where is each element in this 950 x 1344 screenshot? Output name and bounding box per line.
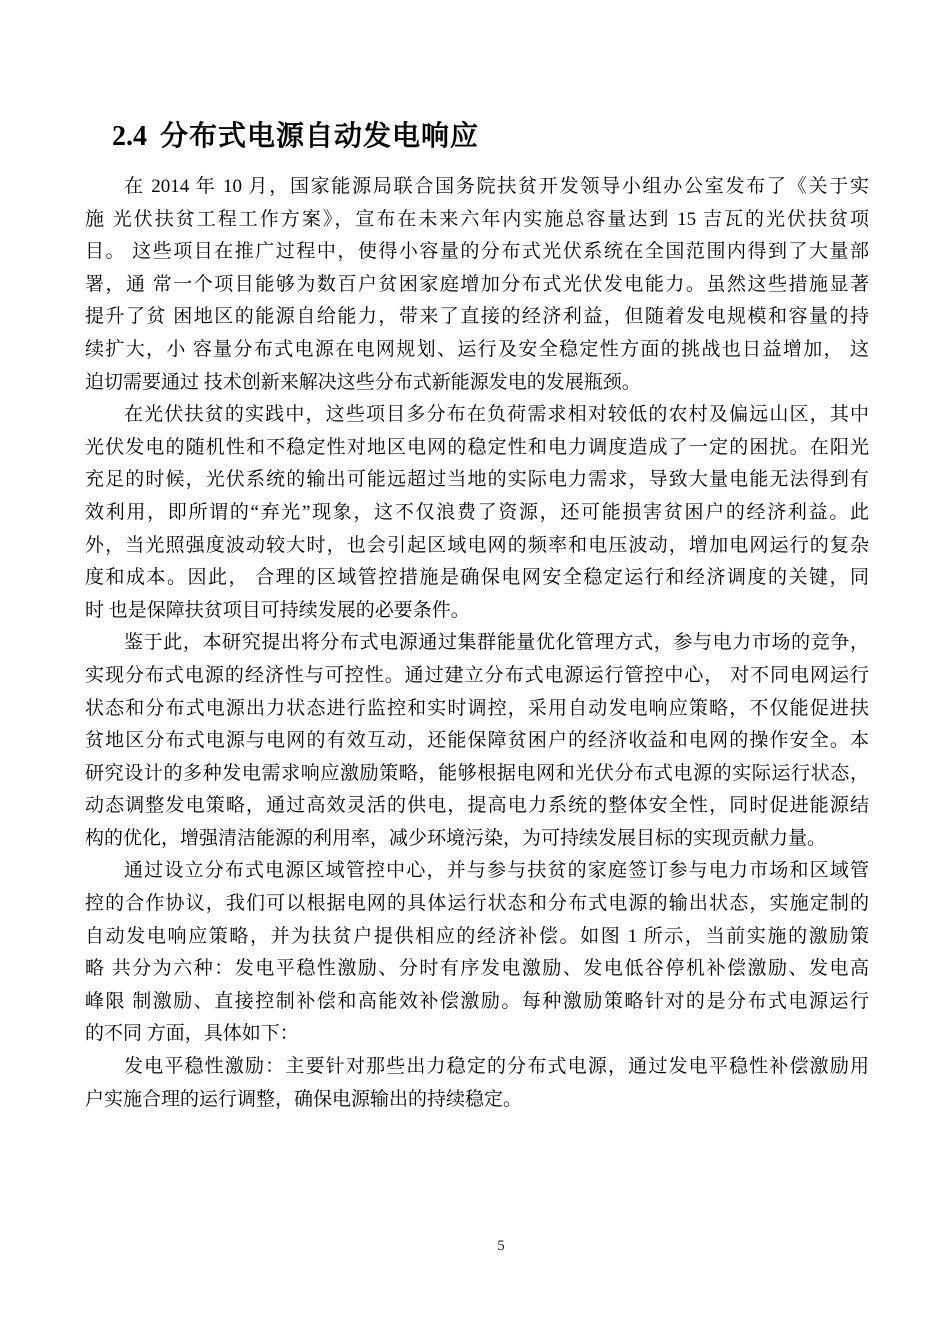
paragraph-line: 通过设立分布式电源区域管控中心，并与参与扶贫的家庭签订参与电力市场和区域管 (85, 855, 869, 888)
paragraph-line: 峰限 制激励、直接控制补偿和高能效补偿激励。每种激励策略针对的是分布式电源运行 (85, 986, 869, 1019)
paragraph-line: 时 也是保障扶贫项目可持续发展的必要条件。 (85, 595, 869, 628)
paragraph-line: 动态调整发电策略，通过高效灵活的供电，提高电力系统的整体安全性，同时促进能源结 (85, 790, 869, 823)
paragraph-line: 的不同 方面，具体如下： (85, 1018, 869, 1051)
paragraph-line: 续扩大，小 容量分布式电源在电网规划、运行及安全稳定性方面的挑战也日益增加， 这 (85, 334, 869, 367)
paragraph-line: 贫地区分布式电源与电网的有效互动，还能保障贫困户的经济收益和电网的操作安全。本 (85, 725, 869, 758)
paragraph-line: 效利用，即所谓的“弃光”现象，这不仅浪费了资源，还可能损害贫困户的经济利益。此 (85, 497, 869, 530)
paragraph-line: 度和成本。因此， 合理的区域管控措施是确保电网安全稳定运行和经济调度的关键，同 (85, 562, 869, 595)
paragraph-line: 构的优化，增强清洁能源的利用率，减少环境污染，为可持续发展目标的实现贡献力量。 (85, 823, 869, 856)
paragraph-line: 充足的时候，光伏系统的输出可能远超过当地的实际电力需求，导致大量电能无法得到有 (85, 464, 869, 497)
paragraph-line: 施 光伏扶贫工程工作方案》，宣布在未来六年内实施总容量达到 15 吉瓦的光伏扶贫… (85, 204, 869, 237)
paragraphs-container: 在 2014 年 10 月，国家能源局联合国务院扶贫开发领导小组办公室发布了《关… (85, 171, 869, 1116)
page-footer: 5 (0, 1236, 950, 1256)
paragraph-line: 状态和分布式电源出力状态进行监控和实时调控，采用自动发电响应策略，不仅能促进扶 (85, 693, 869, 726)
paragraph: 发电平稳性激励：主要针对那些出力稳定的分布式电源，通过发电平稳性补偿激励用户实施… (85, 1051, 869, 1116)
paragraph: 鉴于此，本研究提出将分布式电源通过集群能量优化管理方式，参与电力市场的竞争，实现… (85, 627, 869, 855)
paragraph-line: 在 2014 年 10 月，国家能源局联合国务院扶贫开发领导小组办公室发布了《关… (85, 171, 869, 204)
paragraph-line: 在光伏扶贫的实践中，这些项目多分布在负荷需求相对较低的农村及偏远山区，其中 (85, 399, 869, 432)
paragraph-line: 户实施合理的运行调整，确保电源输出的持续稳定。 (85, 1084, 869, 1117)
paragraph: 在光伏扶贫的实践中，这些项目多分布在负荷需求相对较低的农村及偏远山区，其中光伏发… (85, 399, 869, 627)
paragraph-line: 研究设计的多种发电需求响应激励策略，能够根据电网和光伏分布式电源的实际运行状态， (85, 758, 869, 791)
paragraph-line: 鉴于此，本研究提出将分布式电源通过集群能量优化管理方式，参与电力市场的竞争， (85, 627, 869, 660)
paragraph-line: 略 共分为六种：发电平稳性激励、分时有序发电激励、发电低谷停机补偿激励、发电高 (85, 953, 869, 986)
paragraph: 通过设立分布式电源区域管控中心，并与参与扶贫的家庭签订参与电力市场和区域管控的合… (85, 855, 869, 1051)
page-content: 2.4分布式电源自动发电响应 在 2014 年 10 月，国家能源局联合国务院扶… (85, 118, 869, 1116)
paragraph-line: 自动发电响应策略，并为扶贫户提供相应的经济补偿。如图 1 所示，当前实施的激励策 (85, 921, 869, 954)
page-number: 5 (497, 1238, 505, 1254)
section-title: 分布式电源自动发电响应 (160, 120, 479, 151)
paragraph-line: 发电平稳性激励：主要针对那些出力稳定的分布式电源，通过发电平稳性补偿激励用 (85, 1051, 869, 1084)
paragraph-line: 外，当光照强度波动较大时，也会引起区域电网的频率和电压波动，增加电网运行的复杂 (85, 530, 869, 563)
section-number: 2.4 (112, 121, 147, 152)
paragraph-line: 迫切需要通过 技术创新来解决这些分布式新能源发电的发展瓶颈。 (85, 367, 869, 400)
paragraph: 在 2014 年 10 月，国家能源局联合国务院扶贫开发领导小组办公室发布了《关… (85, 171, 869, 399)
paragraph-line: 实现分布式电源的经济性与可控性。通过建立分布式电源运行管控中心， 对不同电网运行 (85, 660, 869, 693)
document-page: 2.4分布式电源自动发电响应 在 2014 年 10 月，国家能源局联合国务院扶… (0, 0, 950, 1344)
paragraph-line: 提升了贫 困地区的能源自给能力，带来了直接的经济利益，但随着发电规模和容量的持 (85, 301, 869, 334)
paragraph-line: 署，通 常一个项目能够为数百户贫困家庭增加分布式光伏发电能力。虽然这些措施显著 (85, 269, 869, 302)
paragraph-line: 光伏发电的随机性和不稳定性对地区电网的稳定性和电力调度造成了一定的困扰。在阳光 (85, 432, 869, 465)
section-heading: 2.4分布式电源自动发电响应 (112, 118, 869, 155)
paragraph-line: 目。 这些项目在推广过程中，使得小容量的分布式光伏系统在全国范围内得到了大量部 (85, 236, 869, 269)
paragraph-line: 控的合作协议，我们可以根据电网的具体运行状态和分布式电源的输出状态，实施定制的 (85, 888, 869, 921)
